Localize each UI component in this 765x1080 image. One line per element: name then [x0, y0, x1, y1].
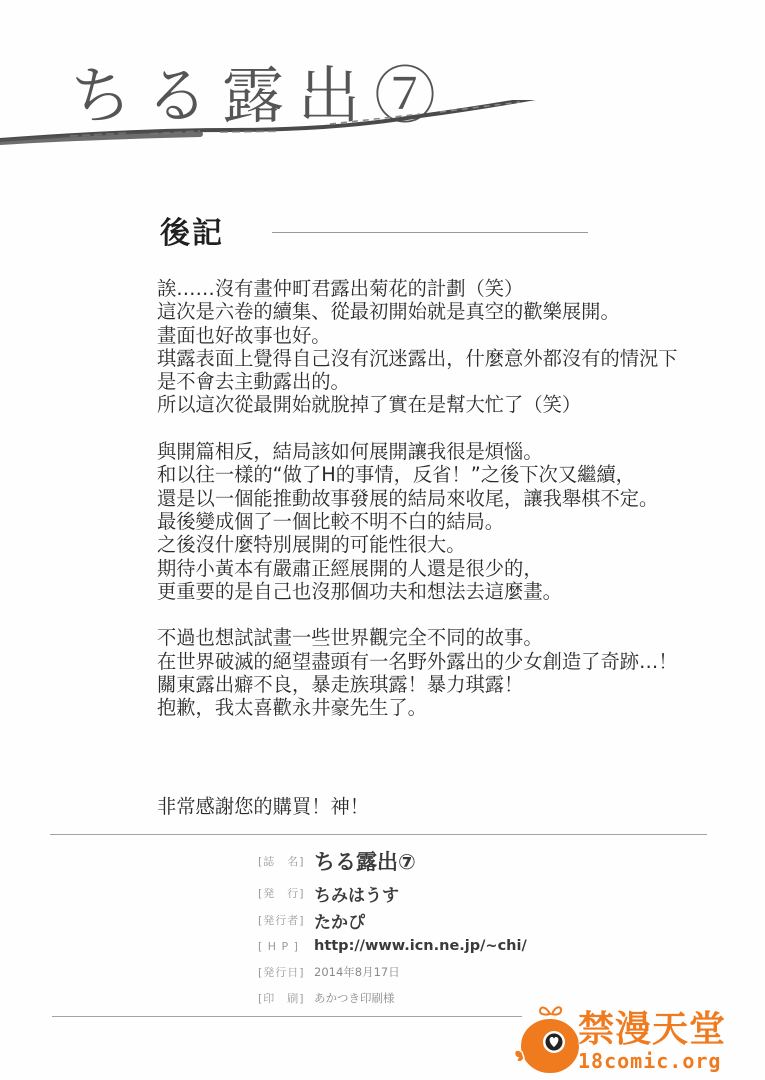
text-line: 所以這次從最開始就脫掉了實在是幫大忙了（笑）: [157, 393, 747, 416]
afterword-body: 誒……沒有畫仲町君露出菊花的計劃（笑） 這次是六卷的續集、從最初開始就是真空的歡…: [157, 277, 747, 743]
text-line: 與開篇相反，結局該如何展開讓我很是煩惱。: [157, 440, 747, 463]
colophon-value: たかぴ: [314, 908, 365, 933]
colophon-label: [発 行]: [258, 885, 314, 901]
colophon-row-homepage: [ H P ] http://www.icn.ne.jp/~chi/: [258, 933, 678, 959]
paragraph-1: 誒……沒有畫仲町君露出菊花的計劃（笑） 這次是六卷的續集、從最初開始就是真空的歡…: [157, 277, 747, 417]
colophon-value: 2014年8月17日: [314, 964, 400, 980]
thanks-line: 非常感謝您的購買！神！: [157, 795, 369, 818]
colophon-value: あかつき印刷様: [314, 990, 395, 1006]
text-line: 不過也想試試畫一些世界觀完全不同的故事。: [157, 626, 747, 649]
brushstroke-decoration: [0, 100, 620, 180]
text-line: 之後沒什麼特別展開的可能性很大。: [157, 533, 747, 556]
colophon-label: [誌 名]: [258, 853, 314, 869]
colophon-divider-bottom: [52, 1016, 522, 1017]
colophon-divider-top: [50, 834, 707, 835]
paragraph-3: 不過也想試試畫一些世界觀完全不同的故事。 在世界破滅的絕望盡頭有一名野外露出的少…: [157, 626, 747, 719]
text-line: 關東露出癖不良，暴走族琪露！暴力琪露！: [157, 673, 747, 696]
colophon-label: [印 刷]: [258, 990, 314, 1006]
text-line: 在世界破滅的絕望盡頭有一名野外露出的少女創造了奇跡…！: [157, 650, 747, 673]
text-line: 抱歉，我太喜歡永井豪先生了。: [157, 696, 747, 719]
colophon-value: ちみはうす: [314, 881, 399, 906]
colophon-label: [発行者]: [258, 912, 314, 928]
colophon-value: ちる露出⑦: [314, 846, 416, 876]
text-line: 誒……沒有畫仲町君露出菊花的計劃（笑）: [157, 277, 747, 300]
colophon-row-publisher: [発 行] ちみはうす: [258, 879, 678, 907]
text-line: 這次是六卷的續集、從最初開始就是真空的歡樂展開。: [157, 300, 747, 323]
colophon-row-title: [誌 名] ちる露出⑦: [258, 843, 678, 879]
colophon-label: [ H P ]: [258, 940, 314, 953]
watermark-domain: 18comic.org: [578, 1050, 721, 1072]
colophon-row-author: [発行者] たかぴ: [258, 907, 678, 933]
text-line: 更重要的是自己也沒那個功夫和想法去這麼畫。: [157, 580, 747, 603]
afterword-heading: 後記: [160, 212, 224, 256]
text-line: 是不會去主動露出的。: [157, 370, 747, 393]
paragraph-2: 與開篇相反，結局該如何展開讓我很是煩惱。 和以往一樣的“做了H的事情，反省！”之…: [157, 440, 747, 603]
colophon-label: [発行日]: [258, 964, 314, 980]
text-line: 和以往一樣的“做了H的事情，反省！”之後下次又繼續，: [157, 463, 747, 486]
text-line: 期待小黃本有嚴肅正經展開的人還是很少的，: [157, 557, 747, 580]
text-line: 畫面也好故事也好。: [157, 324, 747, 347]
colophon: [誌 名] ちる露出⑦ [発 行] ちみはうす [発行者] たかぴ [ H P …: [258, 843, 678, 1011]
heading-divider: [272, 232, 588, 233]
colophon-row-date: [発行日] 2014年8月17日: [258, 959, 678, 985]
text-line: 琪露表面上覺得自己沒有沉迷露出，什麼意外都沒有的情況下: [157, 347, 747, 370]
text-line: 還是以一個能推動故事發展的結局來收尾，讓我舉棋不定。: [157, 487, 747, 510]
text-line: 最後變成個了一個比較不明不白的結局。: [157, 510, 747, 533]
homepage-link[interactable]: http://www.icn.ne.jp/~chi/: [314, 938, 527, 954]
watermark-name: 禁漫天堂: [578, 1010, 726, 1050]
